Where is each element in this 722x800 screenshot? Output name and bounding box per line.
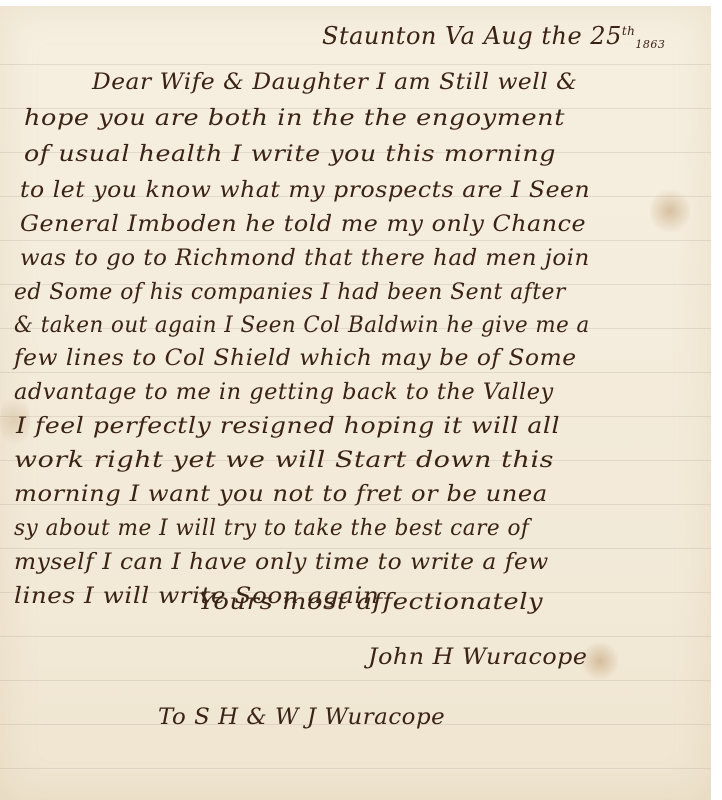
ruled-line [0, 768, 711, 769]
ruled-line [0, 372, 711, 373]
ruled-line [0, 636, 711, 637]
body-line: work right yet we will Start down this [14, 448, 554, 473]
dateline: Staunton Va Aug the 25th1863 [322, 22, 665, 50]
dateline-place: Staunton Va [322, 22, 475, 50]
ruled-line [0, 240, 711, 241]
dateline-day-suffix: th [622, 24, 636, 38]
body-line: advantage to me in getting back to the V… [14, 380, 554, 405]
ruled-line [0, 64, 711, 65]
body-line: sy about me I will try to take the best … [14, 516, 529, 541]
signature: John H Wuracope [368, 645, 588, 670]
body-line: to let you know what my prospects are I … [20, 178, 590, 203]
body-line: few lines to Col Shield which may be of … [14, 346, 577, 371]
body-line: was to go to Richmond that there had men… [20, 246, 590, 271]
closing: Yours most affectionately [198, 590, 543, 615]
addressee: To S H & W J Wuracope [158, 705, 445, 730]
body-line: I feel perfectly resigned hoping it will… [16, 414, 560, 439]
body-line: morning I want you not to fret or be une… [14, 482, 548, 507]
body-line: ed Some of his companies I had been Sent… [14, 280, 566, 305]
ink-stain [650, 186, 690, 236]
body-line: General Imboden he told me my only Chanc… [20, 212, 586, 237]
dateline-year: 1863 [635, 38, 665, 51]
body-line: hope you are both in the the engoyment [24, 106, 565, 131]
ruled-line [0, 548, 711, 549]
body-line: Dear Wife & Daughter I am Still well & [92, 70, 577, 95]
dateline-date: Aug the 25 [484, 22, 622, 50]
body-line: of usual health I write you this morning [24, 142, 556, 167]
body-line: myself I can I have only time to write a… [14, 550, 549, 575]
body-line: & taken out again I Seen Col Baldwin he … [14, 313, 590, 338]
